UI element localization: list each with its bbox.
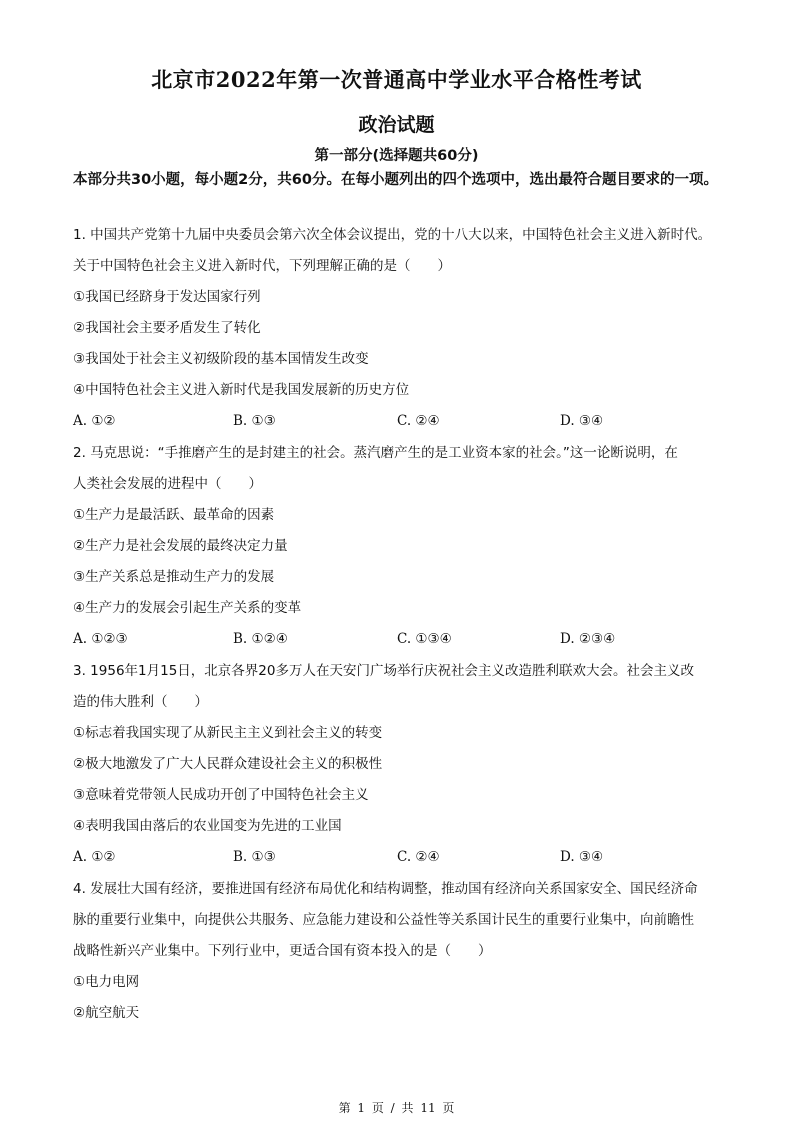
exam-title: 北京市2022年第一次普通高中学业水平合格性考试 <box>0 64 793 96</box>
answer-options: A. ①②③ B. ①②④ C. ①③④ D. ②③④ <box>73 629 733 649</box>
question-stem-line: 人类社会发展的进程中（ ） <box>73 474 262 494</box>
statement: ③我国处于社会主义初级阶段的基本国情发生改变 <box>73 349 369 369</box>
question-stem-line: 3. 1956年1月15日，北京各界20多万人在天安门广场举行庆祝社会主义改造胜… <box>73 661 694 681</box>
statement: ②生产力是社会发展的最终决定力量 <box>73 536 288 556</box>
option-a: A. ①②③ <box>73 629 128 649</box>
option-b: B. ①②④ <box>233 629 288 649</box>
statement: ①生产力是最活跃、最革命的因素 <box>73 505 274 525</box>
option-c: C. ②④ <box>397 847 440 867</box>
option-b: B. ①③ <box>233 411 276 431</box>
option-d: D. ②③④ <box>560 629 615 649</box>
question-stem-line: 战略性新兴产业集中。下列行业中，更适合国有资本投入的是（ ） <box>73 941 492 961</box>
statement: ②我国社会主要矛盾发生了转化 <box>73 318 261 338</box>
section-instructions: 本部分共30小题，每小题2分，共60分。在每小题列出的四个选项中，选出最符合题目… <box>73 169 723 192</box>
answer-options: A. ①② B. ①③ C. ②④ D. ③④ <box>73 847 733 867</box>
option-d: D. ③④ <box>560 411 603 431</box>
option-c: C. ①③④ <box>397 629 452 649</box>
question-stem-line: 4. 发展壮大国有经济，要推进国有经济布局优化和结构调整，推动国有经济向关系国家… <box>73 879 698 899</box>
option-b: B. ①③ <box>233 847 276 867</box>
statement: ④表明我国由落后的农业国变为先进的工业国 <box>73 816 342 836</box>
option-d: D. ③④ <box>560 847 603 867</box>
statement: ④中国特色社会主义进入新时代是我国发展新的历史方位 <box>73 380 409 400</box>
subject-title: 政治试题 <box>0 110 793 140</box>
option-a: A. ①② <box>73 411 116 431</box>
question-stem-line: 关于中国特色社会主义进入新时代，下列理解正确的是（ ） <box>73 256 451 276</box>
answer-options: A. ①② B. ①③ C. ②④ D. ③④ <box>73 411 733 431</box>
option-a: A. ①② <box>73 847 116 867</box>
question-stem-line: 1. 中国共产党第十九届中央委员会第六次全体会议提出，党的十八大以来，中国特色社… <box>73 225 711 245</box>
statement: ②极大地激发了广大人民群众建设社会主义的积极性 <box>73 754 382 774</box>
statement: ④生产力的发展会引起生产关系的变革 <box>73 598 301 618</box>
statement: ①我国已经跻身于发达国家行列 <box>73 287 261 307</box>
statement: ③生产关系总是推动生产力的发展 <box>73 567 274 587</box>
statement: ②航空航天 <box>73 1003 139 1023</box>
option-c: C. ②④ <box>397 411 440 431</box>
statement: ①标志着我国实现了从新民主主义到社会主义的转变 <box>73 723 382 743</box>
statement: ①电力电网 <box>73 972 139 992</box>
question-stem-line: 造的伟大胜利（ ） <box>73 692 208 712</box>
question-stem-line: 2. 马克思说：“手推磨产生的是封建主的社会。蒸汽磨产生的是工业资本家的社会。”… <box>73 443 678 463</box>
question-stem-line: 脉的重要行业集中，向提供公共服务、应急能力建设和公益性等关系国计民生的重要行业集… <box>73 910 694 930</box>
page-indicator: 第 1 页 / 共 11 页 <box>0 1100 793 1116</box>
section-heading: 第一部分(选择题共60分) <box>0 145 793 167</box>
statement: ③意味着党带领人民成功开创了中国特色社会主义 <box>73 785 369 805</box>
